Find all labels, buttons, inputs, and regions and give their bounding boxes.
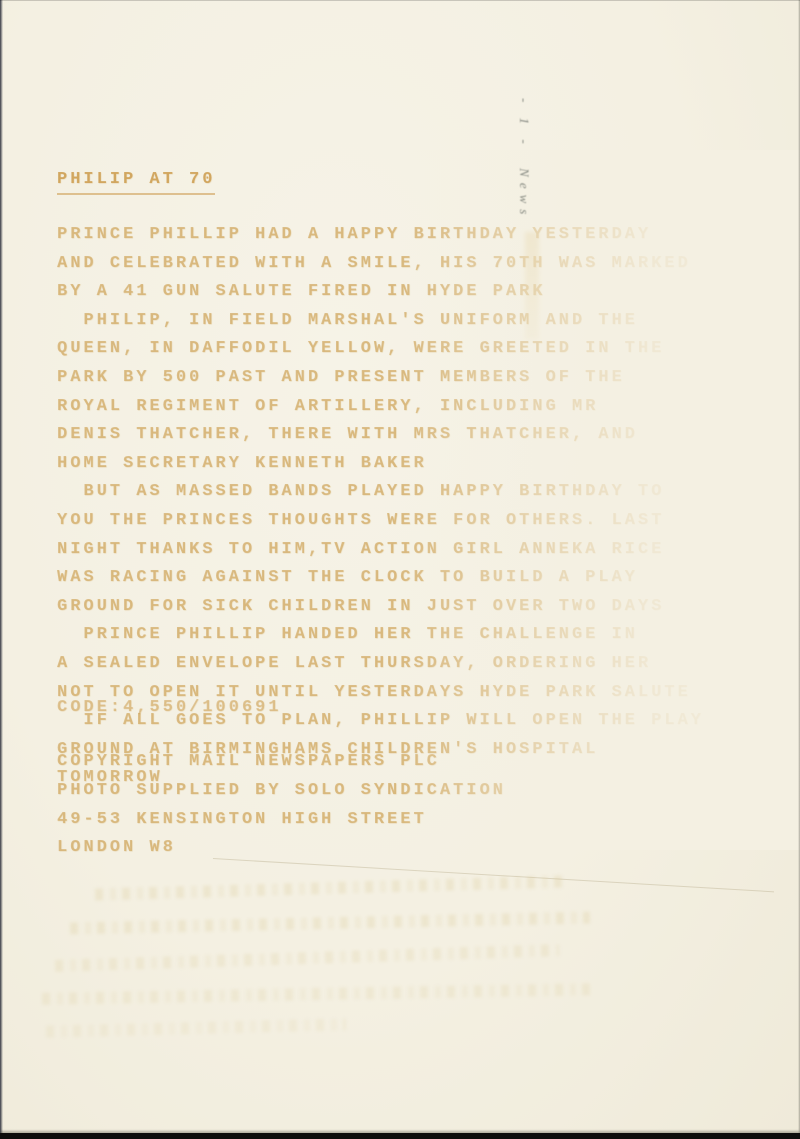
caption-line: PRINCE PHILLIP HAD A HAPPY BIRTHDAY YEST…	[57, 221, 704, 250]
caption-line: PHOTO SUPPLIED BY SOLO SYNDICATION	[57, 777, 506, 806]
caption-line: WAS RACING AGAINST THE CLOCK TO BUILD A …	[57, 564, 704, 593]
page-title: PHILIP AT 70	[57, 170, 215, 195]
scan-edge-top	[0, 0, 800, 1]
caption-line: BY A 41 GUN SALUTE FIRED IN HYDE PARK	[57, 278, 704, 307]
copyright-credits: COPYRIGHT MAIL NEWSPAPERS PLCPHOTO SUPPL…	[57, 748, 506, 863]
ghost-impression	[95, 875, 565, 900]
ghost-impression	[42, 983, 597, 1005]
caption-line: 49-53 KENSINGTON HIGH STREET	[57, 806, 506, 835]
caption-line: A SEALED ENVELOPE LAST THURSDAY, ORDERIN…	[57, 650, 704, 679]
caption-line: LONDON W8	[57, 834, 506, 863]
caption-line: HOME SECRETARY KENNETH BAKER	[57, 450, 704, 479]
scan-edge-left	[0, 0, 3, 1139]
caption-line: GROUND FOR SICK CHILDREN IN JUST OVER TW…	[57, 593, 704, 622]
caption-line: PHILIP, IN FIELD MARSHAL'S UNIFORM AND T…	[57, 307, 704, 336]
caption-line: YOU THE PRINCES THOUGHTS WERE FOR OTHERS…	[57, 507, 704, 536]
scanned-caption-page: PHILIP AT 70 PRINCE PHILLIP HAD A HAPPY …	[0, 0, 800, 1139]
caption-line: PRINCE PHILLIP HANDED HER THE CHALLENGE …	[57, 621, 704, 650]
caption-line: DENIS THATCHER, THERE WITH MRS THATCHER,…	[57, 421, 704, 450]
caption-line: QUEEN, IN DAFFODIL YELLOW, WERE GREETED …	[57, 335, 704, 364]
photo-code: CODE:4,550/100691	[57, 698, 281, 717]
caption-line: ROYAL REGIMENT OF ARTILLERY, INCLUDING M…	[57, 393, 704, 422]
caption-line: BUT AS MASSED BANDS PLAYED HAPPY BIRTHDA…	[57, 478, 704, 507]
caption-line: AND CELEBRATED WITH A SMILE, HIS 70TH WA…	[57, 250, 704, 279]
scan-edge-bottom	[0, 1133, 800, 1139]
ink-smudge	[525, 232, 539, 340]
caption-line: PARK BY 500 PAST AND PRESENT MEMBERS OF …	[57, 364, 704, 393]
caption-line: NIGHT THANKS TO HIM,TV ACTION GIRL ANNEK…	[57, 536, 704, 565]
ghost-impression	[70, 912, 590, 935]
vertical-pencil-note: - 1 - News	[516, 98, 532, 220]
caption-line: COPYRIGHT MAIL NEWSPAPERS PLC	[57, 748, 506, 777]
ghost-impression	[46, 1018, 346, 1037]
ghost-impression	[55, 944, 560, 972]
